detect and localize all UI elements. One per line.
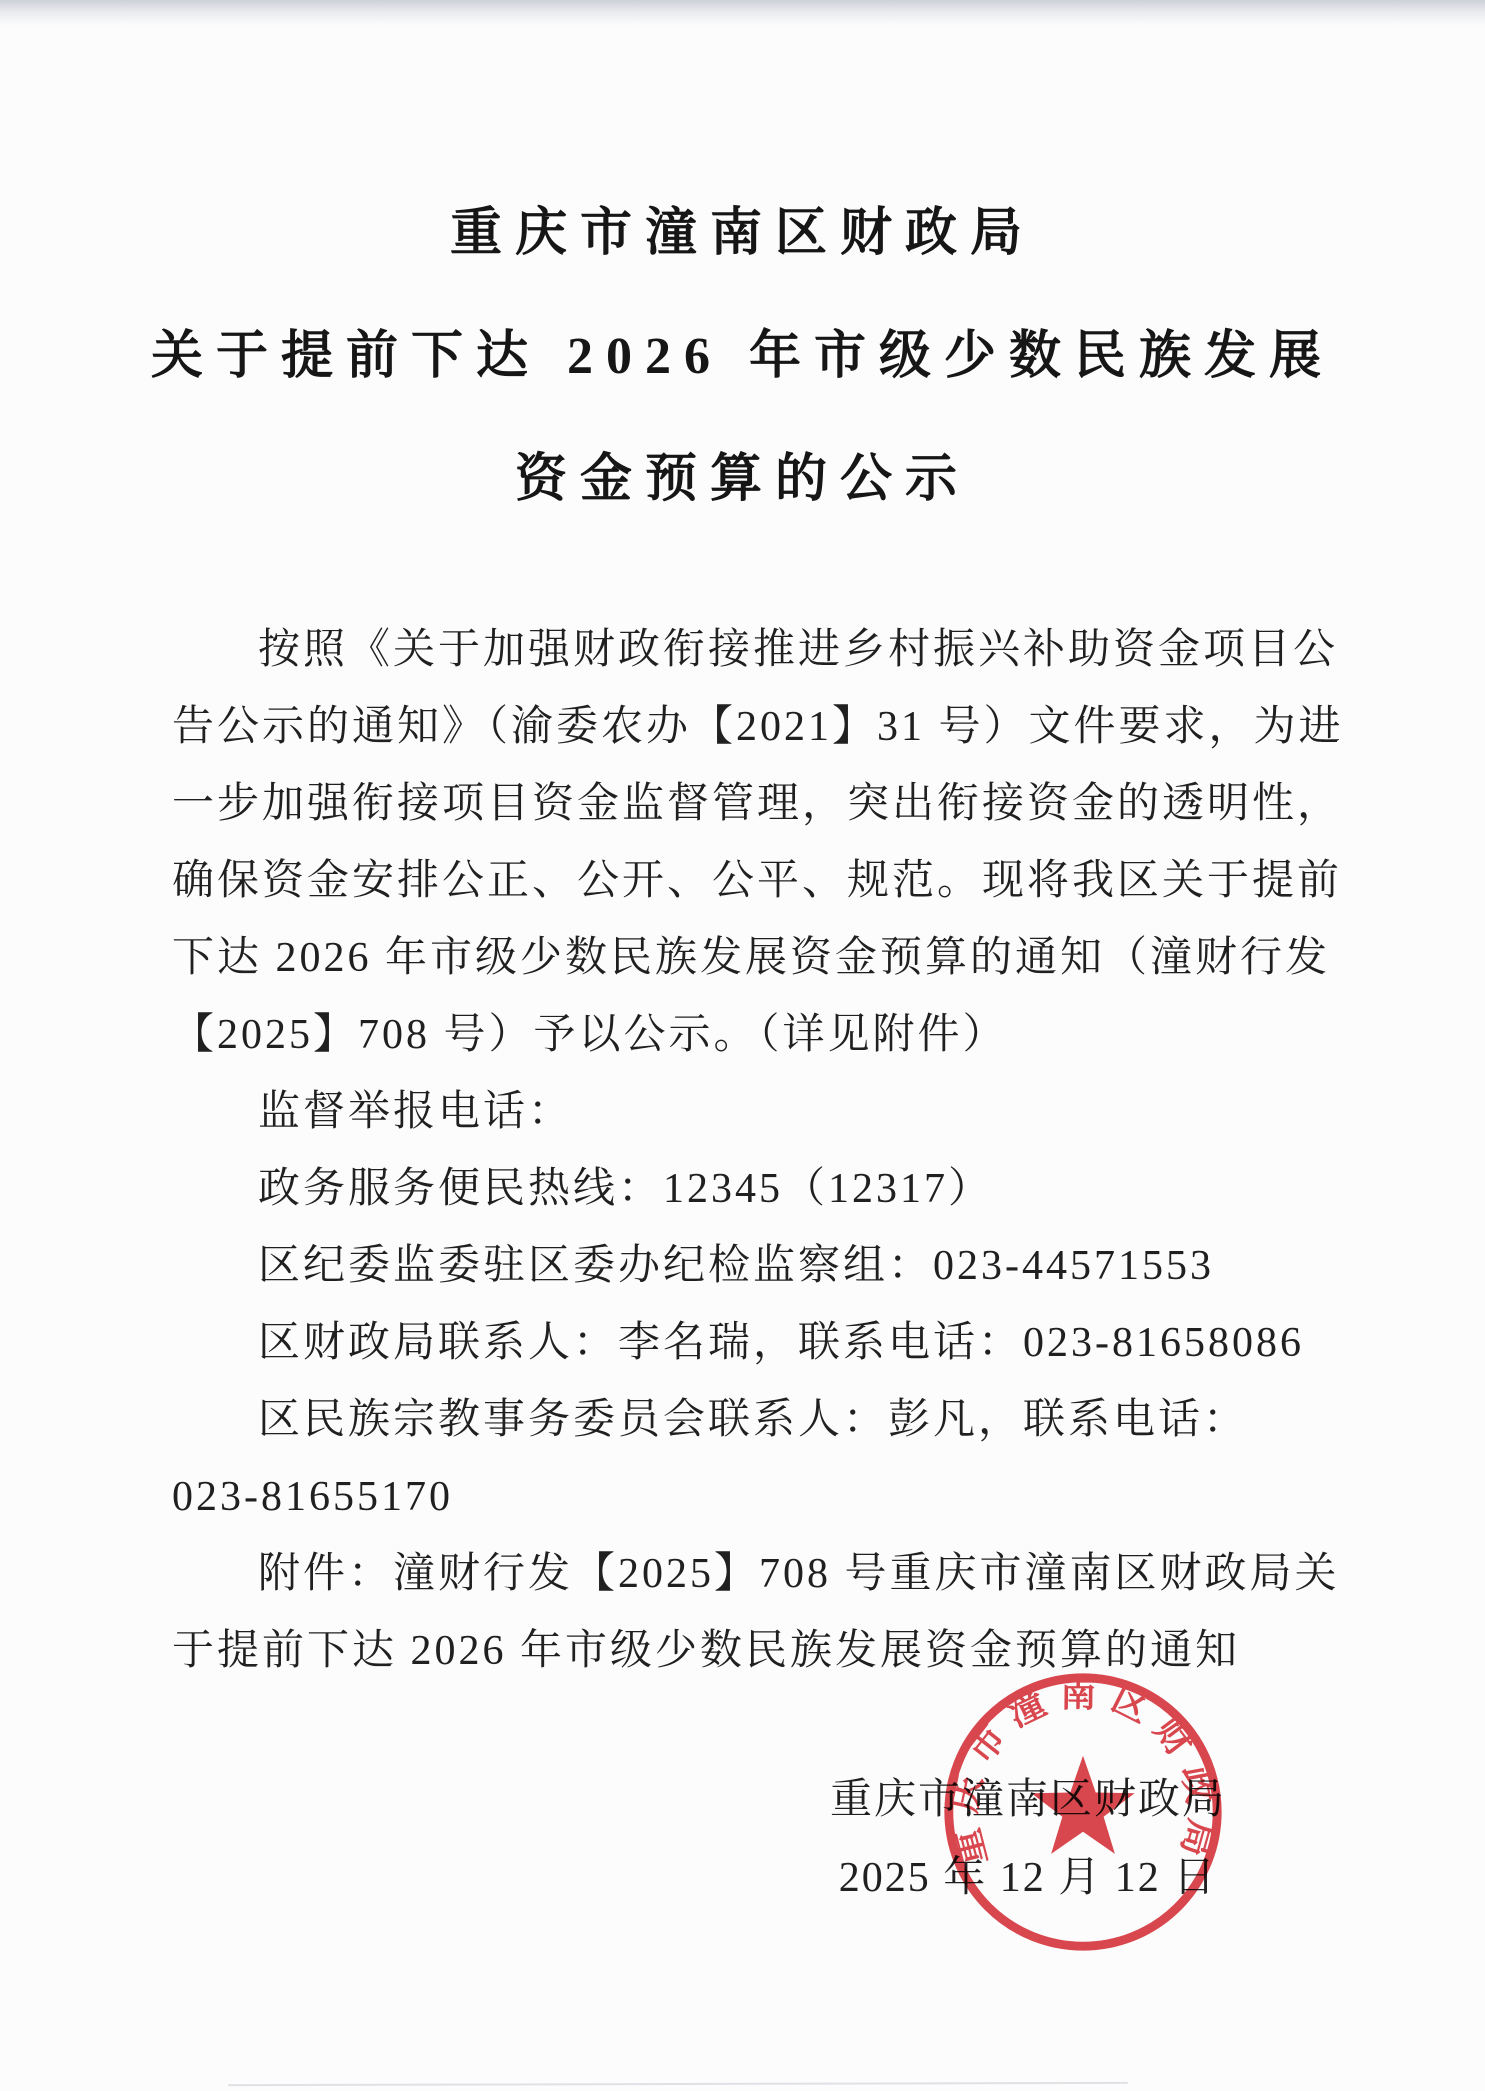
body-line-attachment: 附件：潼财行发【2025】708 号重庆市潼南区财政局关 [172, 1536, 1348, 1613]
body-line-hotline-heading: 监督举报电话： [172, 1074, 1348, 1151]
body-line: 一步加强衔接项目资金监督管理，突出衔接资金的透明性， [172, 766, 1348, 843]
body-line-finance-contact: 区财政局联系人：李名瑞，联系电话：023-81658086 [172, 1305, 1348, 1382]
official-seal: 重庆市潼南区财政局 [935, 1664, 1231, 1960]
body-line: 确保资金安排公正、公开、公平、规范。现将我区关于提前 [172, 843, 1348, 920]
document-title: 重庆市潼南区财政局 关于提前下达 2026 年市级少数民族发展 资金预算的公示 [0, 172, 1485, 541]
body-line: 下达 2026 年市级少数民族发展资金预算的通知（潼财行发 [172, 920, 1348, 997]
body-line: 告公示的通知》（渝委农办【2021】31 号）文件要求，为进 [172, 689, 1348, 766]
document-body: 按照《关于加强财政衔接推进乡村振兴补助资金项目公 告公示的通知》（渝委农办【20… [172, 612, 1348, 1690]
body-line-discipline-phone: 区纪委监委驻区委办纪检监察组：023-44571553 [172, 1228, 1348, 1305]
title-line-2: 关于提前下达 2026 年市级少数民族发展 [0, 295, 1485, 418]
document-page: 重庆市潼南区财政局 关于提前下达 2026 年市级少数民族发展 资金预算的公示 … [0, 0, 1485, 2091]
scan-artifact-top [0, 0, 1485, 26]
title-line-1: 重庆市潼南区财政局 [0, 172, 1485, 295]
title-line-3: 资金预算的公示 [0, 418, 1485, 541]
scan-artifact-bottom [228, 2082, 1128, 2086]
body-line-service-hotline: 政务服务便民热线：12345（12317） [172, 1151, 1348, 1228]
seal-star-icon [1031, 1756, 1134, 1854]
body-line-ethnic-affairs-contact: 区民族宗教事务委员会联系人：彭凡，联系电话： [172, 1382, 1348, 1459]
body-line: 【2025】708 号）予以公示。（详见附件） [172, 997, 1348, 1074]
body-line-phone-continued: 023-81655170 [172, 1459, 1348, 1536]
body-line: 按照《关于加强财政衔接推进乡村振兴补助资金项目公 [172, 612, 1348, 689]
